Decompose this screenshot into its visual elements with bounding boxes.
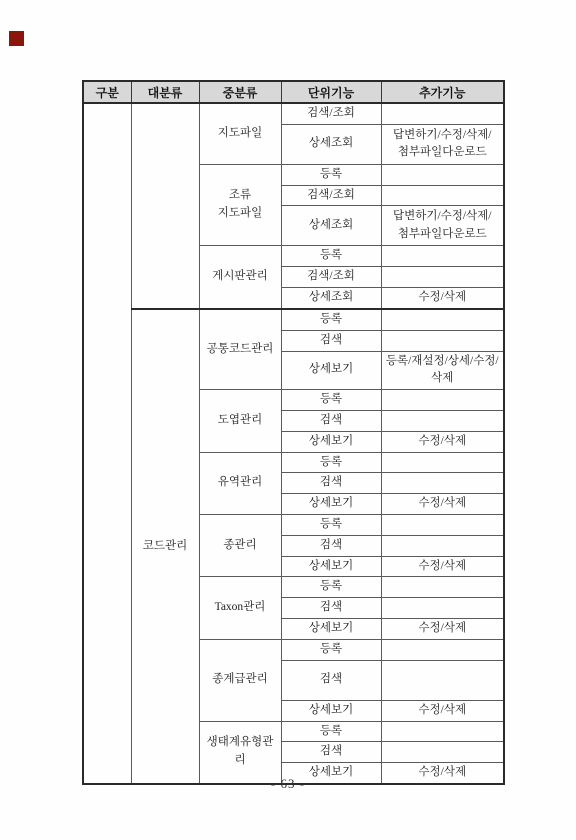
cell-jungbunryu: 도엽관리 [199,390,281,452]
cell-extra-function [381,660,504,700]
cell-extra-function [381,742,504,763]
cell-unit-function: 상세보기 [281,431,381,452]
cell-extra-function [381,473,504,494]
page-number: - 63 - [0,776,576,792]
cell-unit-function: 등록 [281,721,381,742]
cell-extra-function: 수정/삭제 [381,494,504,515]
cell-unit-function: 등록 [281,246,381,267]
cell-gubun [83,103,131,784]
cell-extra-function [381,185,504,206]
cell-extra-function [381,639,504,660]
cell-jungbunryu: Taxon관리 [199,577,281,639]
cell-unit-function: 상세보기 [281,700,381,721]
col-header-gubun: 구분 [83,81,131,103]
cell-unit-function: 검색 [281,330,381,351]
cell-extra-function [381,267,504,288]
cell-unit-function: 검색 [281,410,381,431]
cell-extra-function: 답변하기/수정/삭제/ 첨부파일다운로드 [381,206,504,246]
cell-extra-function [381,103,504,124]
cell-unit-function: 등록 [281,515,381,536]
cell-jungbunryu: 지도파일 [199,103,281,164]
cell-extra-function: 답변하기/수정/삭제/ 첨부파일다운로드 [381,124,504,164]
cell-unit-function: 상세보기 [281,619,381,640]
cell-extra-function [381,598,504,619]
cell-extra-function: 수정/삭제 [381,619,504,640]
cell-unit-function: 상세보기 [281,556,381,577]
cell-daebunryu [131,103,199,309]
red-marker [9,31,24,46]
table-row: 코드관리공통코드관리등록 [83,309,504,330]
cell-unit-function: 등록 [281,577,381,598]
cell-extra-function: 수정/삭제 [381,288,504,309]
cell-unit-function: 등록 [281,390,381,411]
cell-extra-function [381,721,504,742]
cell-extra-function [381,535,504,556]
cell-jungbunryu: 생태계유형관리 [199,721,281,784]
cell-extra-function: 수정/삭제 [381,431,504,452]
cell-unit-function: 검색 [281,660,381,700]
cell-jungbunryu: 유역관리 [199,452,281,514]
cell-daebunryu: 코드관리 [131,309,199,784]
cell-jungbunryu: 조류 지도파일 [199,164,281,246]
cell-unit-function: 검색/조회 [281,267,381,288]
cell-unit-function: 검색 [281,742,381,763]
col-header-jungbunryu: 중분류 [199,81,281,103]
cell-extra-function [381,515,504,536]
cell-extra-function [381,246,504,267]
cell-unit-function: 등록 [281,309,381,330]
cell-extra-function: 등록/재설정/상세/수정/삭제 [381,351,504,390]
col-header-extra-function: 추가기능 [381,81,504,103]
cell-extra-function: 수정/삭제 [381,700,504,721]
cell-extra-function [381,330,504,351]
cell-unit-function: 상세조회 [281,206,381,246]
cell-unit-function: 상세조회 [281,124,381,164]
cell-unit-function: 등록 [281,164,381,185]
cell-extra-function [381,309,504,330]
cell-extra-function [381,452,504,473]
cell-unit-function: 상세보기 [281,351,381,390]
cell-jungbunryu: 종관리 [199,515,281,577]
cell-unit-function: 검색 [281,473,381,494]
cell-extra-function [381,410,504,431]
table-row: 지도파일검색/조회 [83,103,504,124]
cell-unit-function: 검색 [281,598,381,619]
cell-unit-function: 등록 [281,452,381,473]
cell-extra-function [381,577,504,598]
cell-unit-function: 검색/조회 [281,103,381,124]
cell-extra-function: 수정/삭제 [381,556,504,577]
cell-unit-function: 검색 [281,535,381,556]
cell-unit-function: 검색/조회 [281,185,381,206]
document-page: 구분 대분류 중분류 단위기능 추가기능 지도파일검색/조회상세조회답변하기/수… [0,0,576,840]
col-header-daebunryu: 대분류 [131,81,199,103]
cell-jungbunryu: 종계급관리 [199,639,281,721]
col-header-unit-function: 단위기능 [281,81,381,103]
cell-unit-function: 등록 [281,639,381,660]
cell-unit-function: 상세조회 [281,288,381,309]
function-definition-table: 구분 대분류 중분류 단위기능 추가기능 지도파일검색/조회상세조회답변하기/수… [82,80,505,785]
cell-unit-function: 상세보기 [281,494,381,515]
cell-extra-function [381,390,504,411]
cell-jungbunryu: 게시판관리 [199,246,281,309]
cell-extra-function [381,164,504,185]
table-header-row: 구분 대분류 중분류 단위기능 추가기능 [83,81,504,103]
cell-jungbunryu: 공통코드관리 [199,309,281,390]
